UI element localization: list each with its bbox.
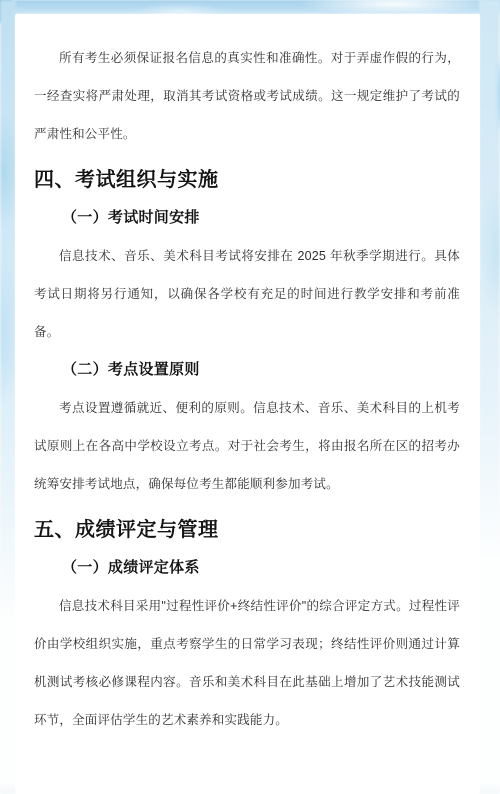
paragraph-exam-schedule: 信息技术、音乐、美术科目考试将安排在 2025 年秋季学期进行。具体考试日期将另… (34, 237, 460, 351)
document-card: 所有考生必须保证报名信息的真实性和准确性。对于弄虚作假的行为，一经查实将严肃处理… (15, 14, 480, 794)
subheading-grading-system: （一）成绩评定体系 (34, 549, 460, 587)
section-heading-grade-evaluation: 五、成绩评定与管理 (34, 511, 460, 549)
paragraph-grading-method: 信息技术科目采用"过程性评价+终结性评价"的综合评定方式。过程性评价由学校组织实… (34, 587, 460, 739)
watercolor-left-strip (0, 0, 16, 640)
watercolor-right-strip (479, 0, 500, 560)
paragraph-test-site-setup: 考点设置遵循就近、便利的原则。信息技术、音乐、美术科目的上机考试原则上在各高中学… (34, 389, 460, 503)
watercolor-top-band (0, 0, 500, 14)
subheading-exam-time-arrangement: （一）考试时间安排 (34, 199, 460, 237)
paragraph-registration-integrity: 所有考生必须保证报名信息的真实性和准确性。对于弄虚作假的行为，一经查实将严肃处理… (34, 39, 460, 153)
watercolor-topleft-mark (0, 0, 12, 24)
section-heading-exam-organization: 四、考试组织与实施 (34, 161, 460, 199)
subheading-test-site-principles: （二）考点设置原则 (34, 351, 460, 389)
page-background: 所有考生必须保证报名信息的真实性和准确性。对于弄虚作假的行为，一经查实将严肃处理… (0, 0, 500, 794)
